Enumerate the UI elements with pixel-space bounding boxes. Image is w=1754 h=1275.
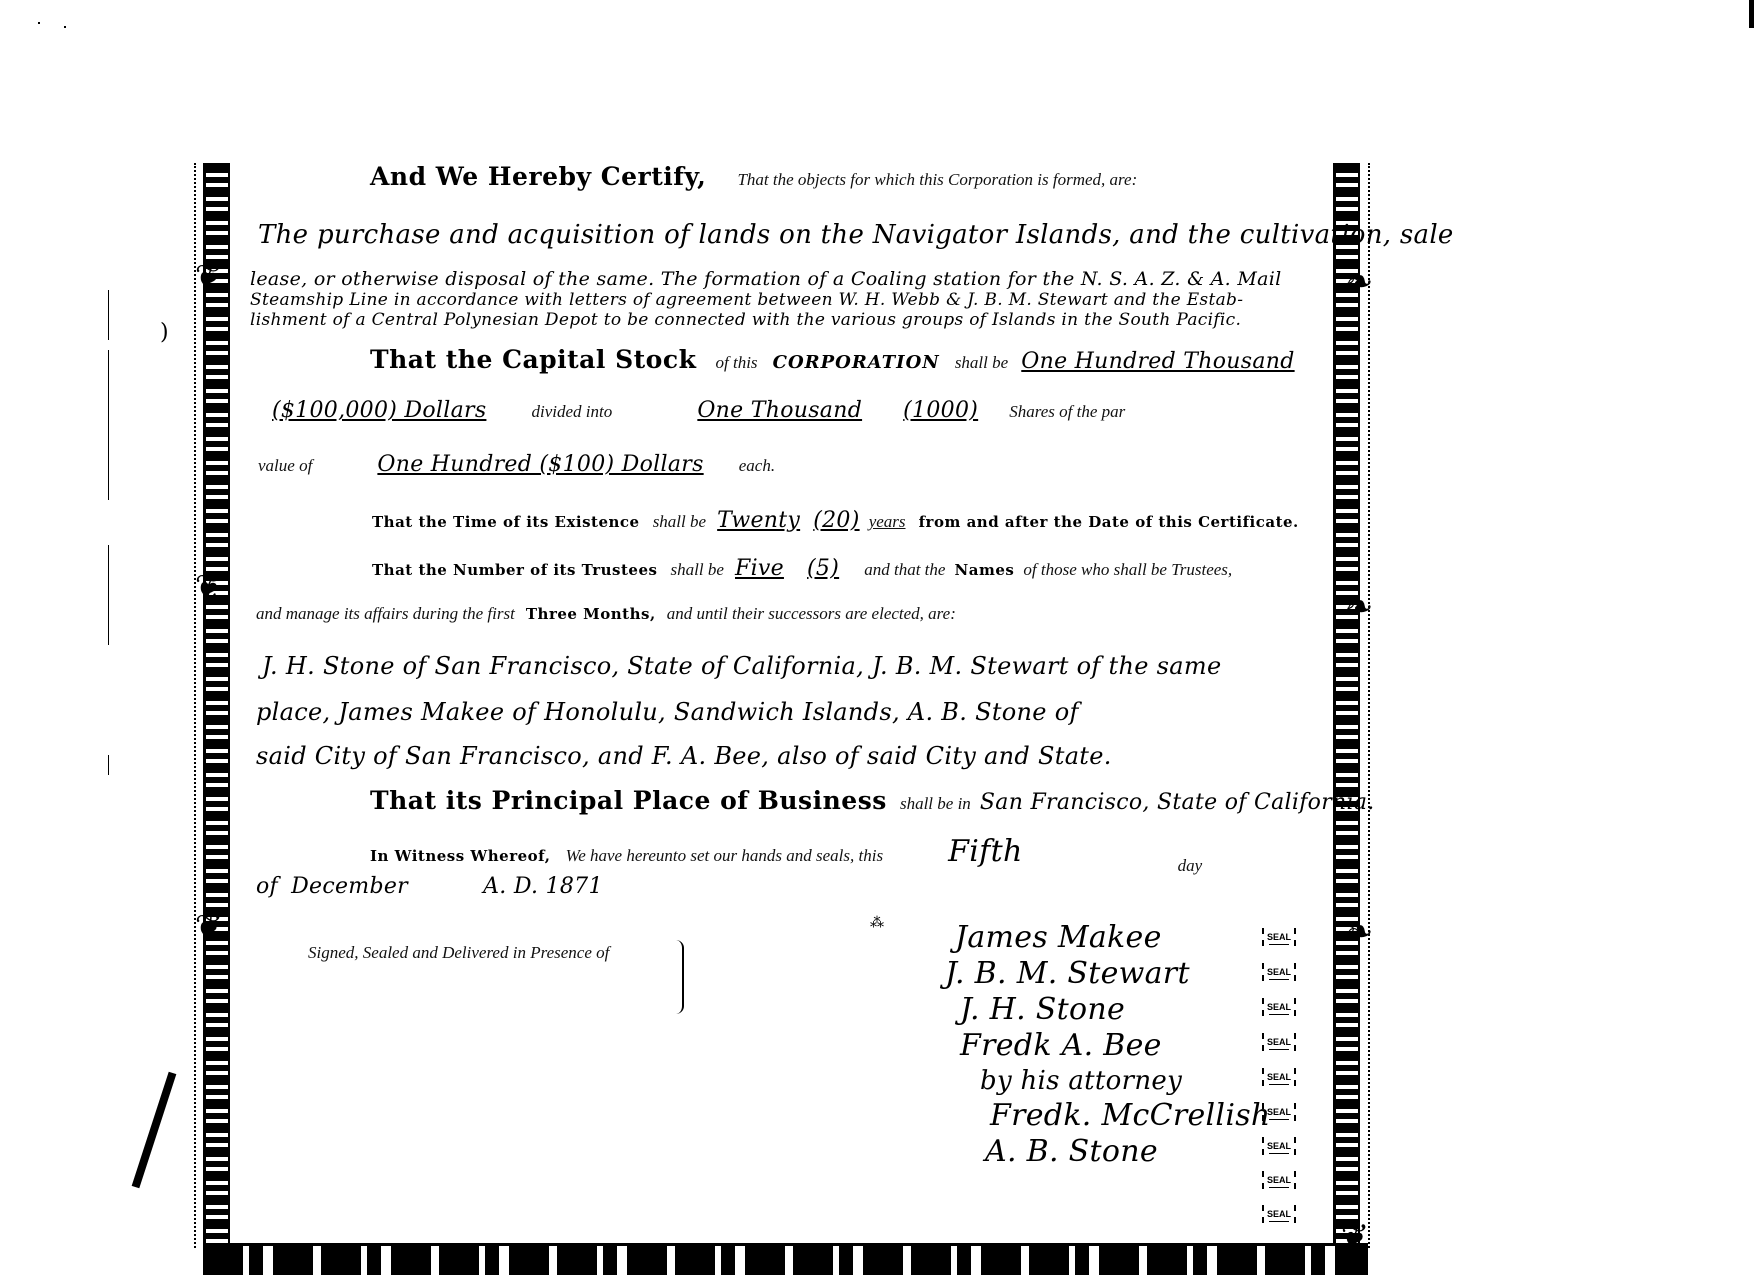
- objects-line-4: lishment of a Central Polynesian Depot t…: [250, 310, 1241, 330]
- existence-script: shall be: [653, 512, 706, 531]
- shares-par-label: Shares of the par: [1009, 402, 1125, 421]
- left-ornamental-border: [203, 163, 230, 1248]
- scan-speck: [38, 22, 40, 24]
- scroll-ornament-icon: ❦: [190, 900, 228, 954]
- seal-box: SEAL: [1262, 1137, 1296, 1155]
- existence-heading-tail: from and after the Date of this Certific…: [919, 513, 1299, 531]
- capital-stock-heading: That the Capital Stock: [370, 345, 696, 374]
- seal-box: SEAL: [1262, 1171, 1296, 1189]
- scan-speck: [64, 26, 66, 28]
- objects-intro: That the objects for which this Corporat…: [737, 170, 1137, 189]
- trustees-number-figures: (5): [807, 556, 839, 581]
- signature-jh-stone: J. H. Stone: [960, 992, 1125, 1027]
- presence-label: Signed, Sealed and Delivered in Presence…: [308, 943, 609, 963]
- trustee-names-line-3: said City of San Francisco, and F. A. Be…: [256, 742, 1112, 770]
- capital-stock-script: shall be: [955, 353, 1008, 372]
- witness-day-value: Fifth: [948, 834, 1022, 869]
- witness-heading: In Witness Whereof,: [370, 847, 551, 865]
- trustees-script: and until their successors are elected, …: [667, 604, 956, 623]
- certify-heading: And We Hereby Certify,: [370, 162, 706, 191]
- existence-term-figures: (20): [813, 508, 859, 533]
- capital-amount-figures: ($100,000) Dollars: [272, 398, 486, 423]
- of-label: of: [256, 874, 278, 899]
- signature-ab-stone: A. B. Stone: [985, 1134, 1158, 1169]
- scan-margin-line: [108, 350, 109, 500]
- right-ornamental-border: [1333, 163, 1360, 1248]
- witness-month-value: December: [291, 874, 408, 899]
- value-of-label: value of: [258, 456, 312, 475]
- each-label: each.: [739, 456, 775, 475]
- objects-line-1: The purchase and acquisition of lands on…: [258, 220, 1454, 250]
- seal-box: SEAL: [1262, 1103, 1296, 1121]
- trustees-script: and manage its affairs during the first: [256, 604, 515, 623]
- capital-amount-line: ($100,000) Dollars divided into One Thou…: [272, 398, 1125, 423]
- corner-ornament-icon: ❦: [1336, 1210, 1374, 1264]
- signature-james-makee: James Makee: [955, 920, 1162, 955]
- scroll-ornament-icon: ❦: [190, 250, 228, 304]
- witness-year-value: A. D. 1871: [483, 874, 603, 899]
- seal-box: SEAL: [1262, 998, 1296, 1016]
- existence-term-words: Twenty: [717, 508, 800, 533]
- by-his-attorney: by his attorney: [980, 1066, 1182, 1096]
- trustees-script: and that the: [864, 560, 945, 579]
- scan-edge-mark: [1749, 0, 1754, 28]
- signature-jbm-stewart: J. B. M. Stewart: [945, 956, 1190, 991]
- bottom-ornamental-border: [203, 1243, 1368, 1275]
- three-months-word: Three Months,: [526, 605, 656, 623]
- seal-box: SEAL: [1262, 1033, 1296, 1051]
- scroll-ornament-icon: ❧: [1340, 905, 1378, 959]
- scroll-ornament-icon: ❦: [190, 560, 228, 614]
- trustee-names-line-1: J. H. Stone of San Francisco, State of C…: [262, 652, 1221, 680]
- objects-line-3: Steamship Line in accordance with letter…: [250, 290, 1243, 310]
- trustees-line: That the Number of its Trustees shall be…: [372, 556, 1232, 581]
- seal-box: SEAL: [1262, 1068, 1296, 1086]
- place-of-business-line: That its Principal Place of Business sha…: [370, 786, 1375, 815]
- shares-figures: (1000): [903, 398, 978, 423]
- place-of-business-value: San Francisco, State of California.: [980, 790, 1375, 815]
- capital-amount-words: One Hundred Thousand: [1021, 349, 1294, 374]
- capital-stock-line: That the Capital Stock of this CORPORATI…: [370, 345, 1295, 374]
- place-of-business-script: shall be in: [900, 794, 971, 813]
- par-value: One Hundred ($100) Dollars: [377, 452, 703, 477]
- scan-margin-line: [108, 545, 109, 645]
- witness-line: In Witness Whereof, We have hereunto set…: [370, 834, 1202, 869]
- trustees-heading: That the Number of its Trustees: [372, 561, 657, 579]
- seal-box: SEAL: [1262, 928, 1296, 946]
- witness-date-line: of December A. D. 1871: [256, 874, 603, 899]
- witness-bracket: [674, 940, 684, 1014]
- scan-margin-line: [108, 290, 109, 340]
- capital-stock-script: of this: [716, 353, 758, 372]
- shares-words: One Thousand: [697, 398, 862, 423]
- corporation-word: CORPORATION: [773, 352, 940, 373]
- signature-mccrellish: Fredk. McCrellish: [990, 1098, 1271, 1133]
- scroll-ornament-icon: ❧: [1340, 255, 1378, 309]
- existence-line: That the Time of its Existence shall be …: [372, 508, 1299, 533]
- stamp-mark-icon: ⁂: [870, 915, 884, 931]
- par-value-line: value of One Hundred ($100) Dollars each…: [258, 452, 775, 477]
- place-of-business-heading: That its Principal Place of Business: [370, 786, 887, 815]
- divided-into-label: divided into: [532, 402, 613, 421]
- existence-heading: That the Time of its Existence: [372, 513, 640, 531]
- day-label: day: [1178, 856, 1203, 875]
- years-label: years: [869, 512, 906, 531]
- scan-margin-line: [108, 755, 109, 775]
- objects-line-2: lease, or otherwise disposal of the same…: [250, 268, 1282, 290]
- certify-line: And We Hereby Certify, That the objects …: [370, 162, 1137, 191]
- signature-fa-bee: Fredk A. Bee: [960, 1028, 1162, 1063]
- trustees-line-2: and manage its affairs during the first …: [256, 604, 956, 624]
- trustees-number-words: Five: [735, 556, 784, 581]
- trustee-names-line-2: place, James Makee of Honolulu, Sandwich…: [256, 698, 1079, 726]
- names-word: Names: [955, 561, 1015, 579]
- margin-pen-stroke: [132, 1072, 177, 1189]
- seal-box: SEAL: [1262, 1205, 1296, 1223]
- trustees-script: of those who shall be Trustees,: [1023, 560, 1232, 579]
- witness-script: We have hereunto set our hands and seals…: [566, 846, 883, 865]
- margin-mark: ): [160, 320, 169, 345]
- scroll-ornament-icon: ❧: [1340, 580, 1378, 634]
- seal-box: SEAL: [1262, 963, 1296, 981]
- trustees-script: shall be: [671, 560, 724, 579]
